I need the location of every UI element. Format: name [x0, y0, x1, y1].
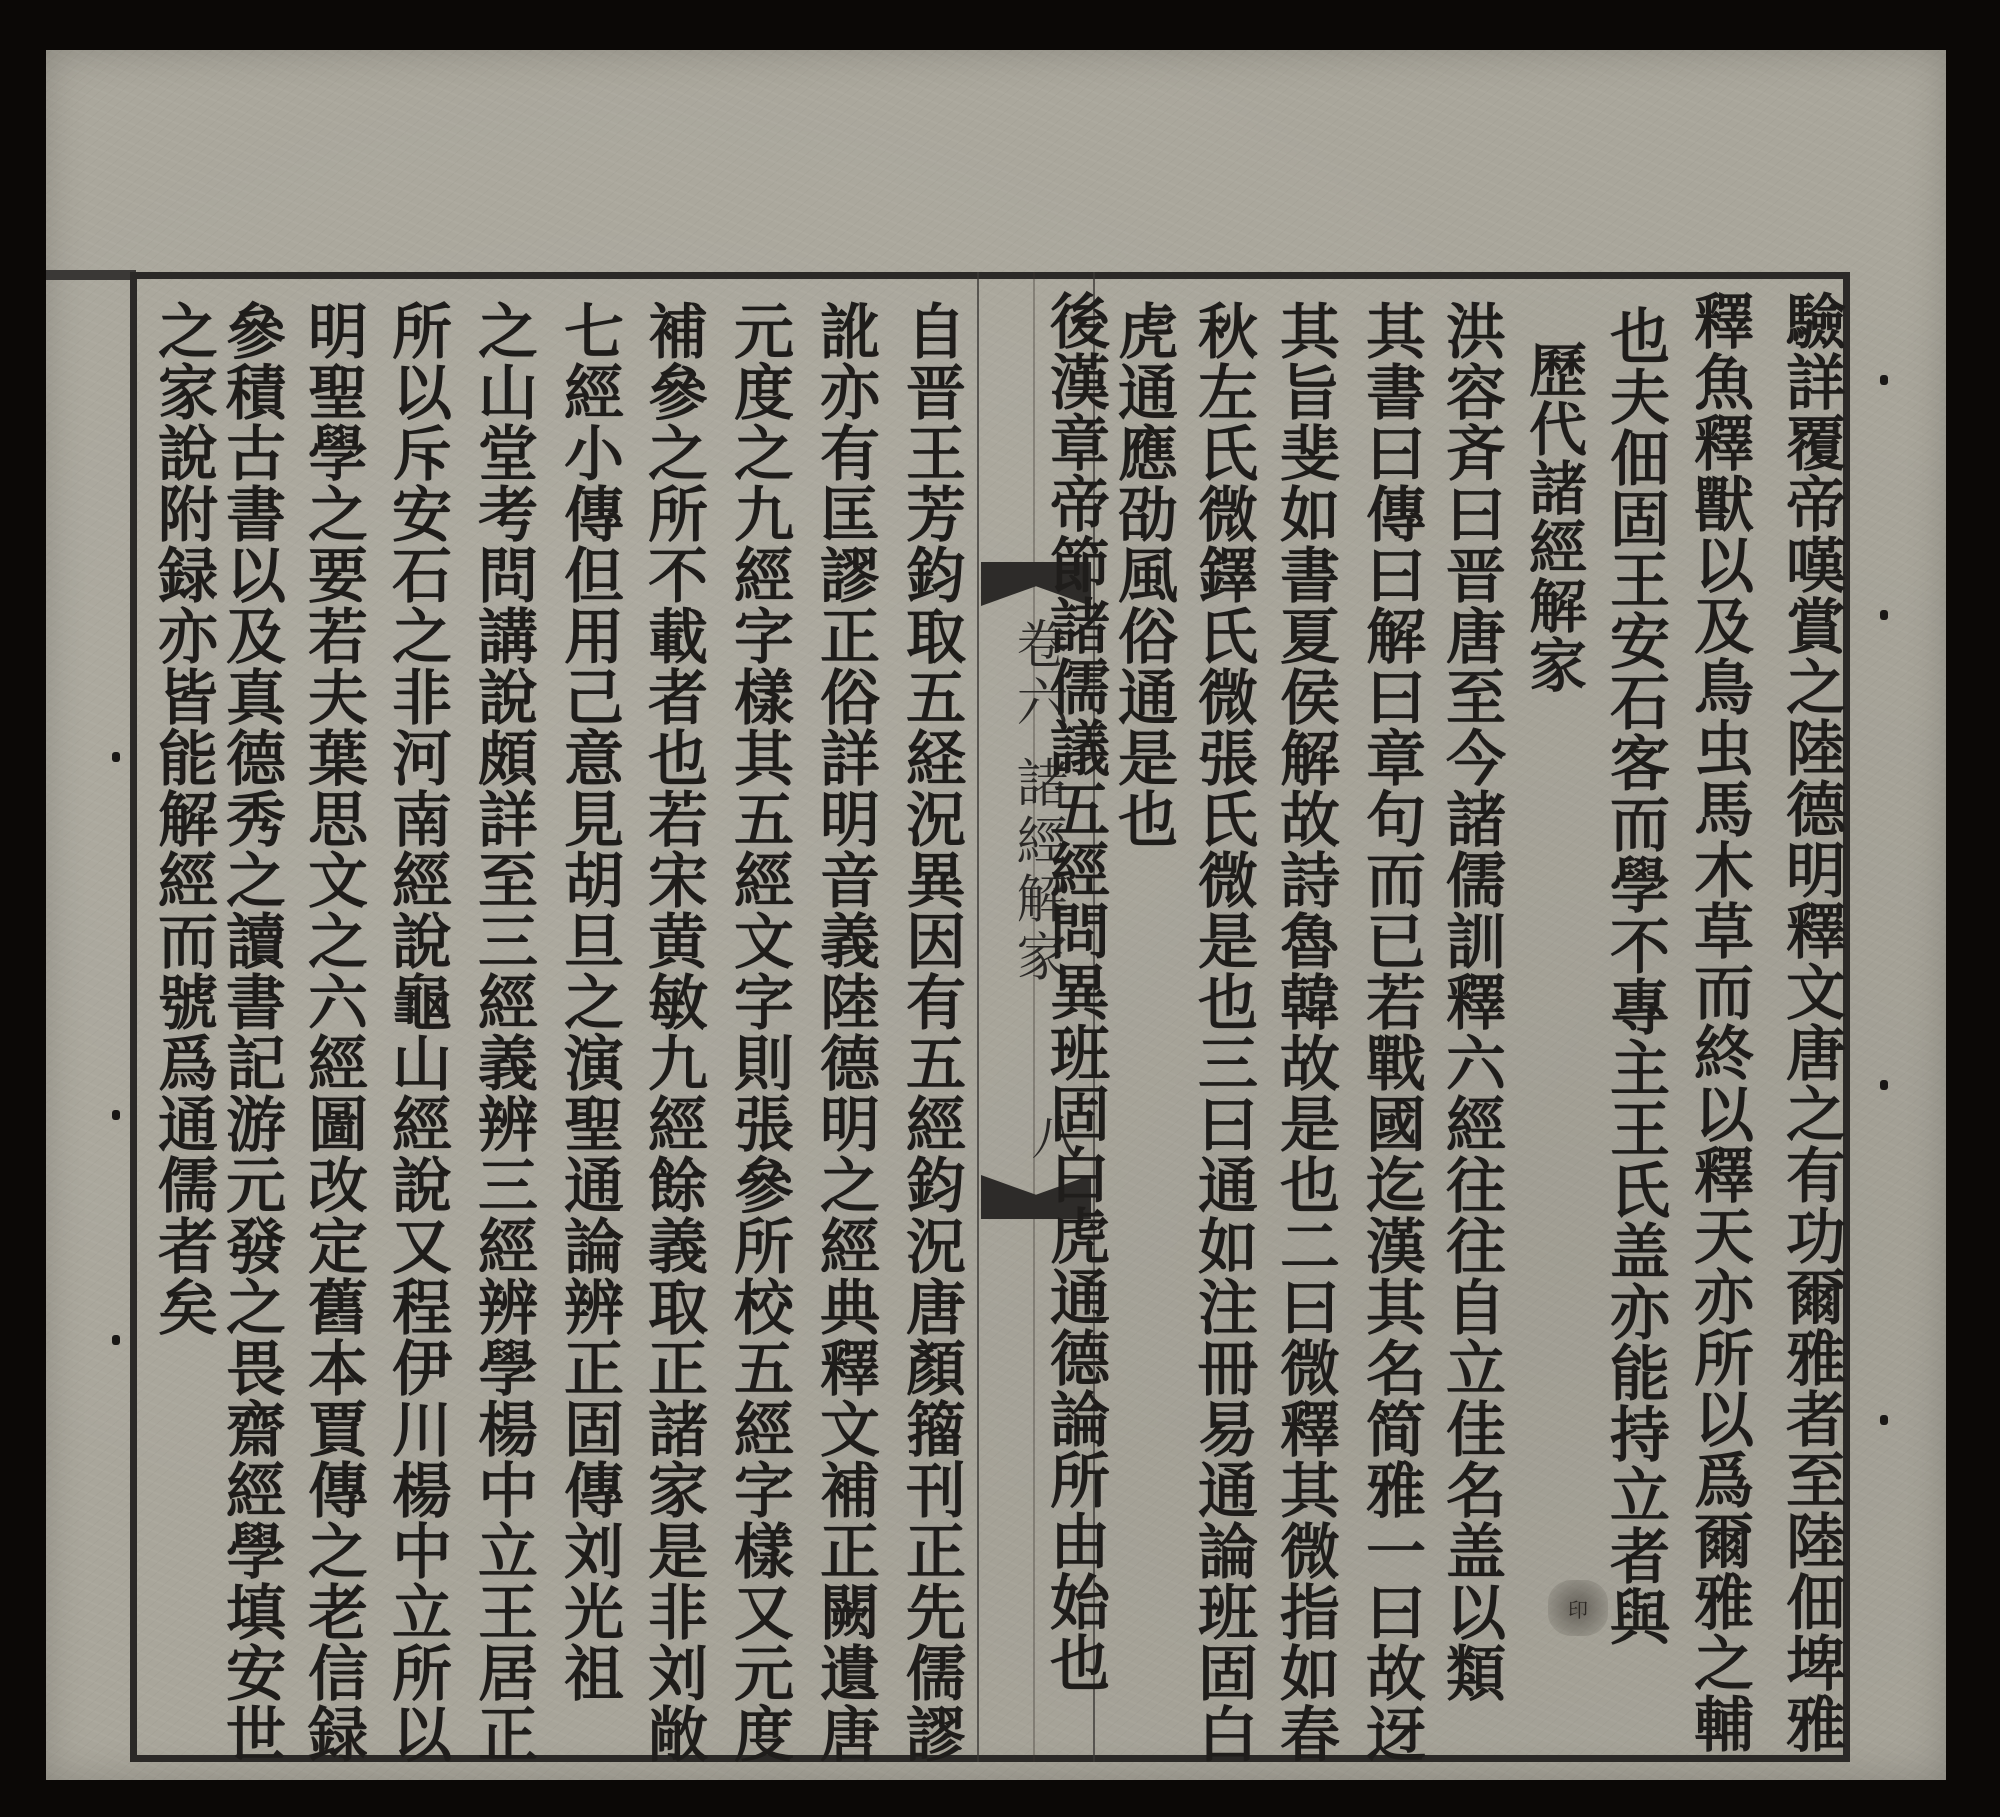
text-column: 所以斥安石之非河南經說龜山經說又程伊川楊中立所以	[384, 300, 450, 1764]
text-column: 之山堂考問講說頗詳至三經義辨三經辨學楊中立王居正	[470, 300, 536, 1764]
text-column: 明聖學之要若夫葉思文之六經圖改定舊本賈傳之老信録	[300, 300, 366, 1764]
binding-hole	[1880, 375, 1888, 385]
binding-hole	[1880, 1415, 1888, 1425]
fold-rule-left	[977, 272, 979, 1762]
text-column: 其旨斐如書夏侯解故詩魯韓故是也二曰微釋其微指如春	[1272, 300, 1338, 1764]
frame-extension	[46, 270, 136, 280]
seal-stamp: 印	[1548, 1580, 1608, 1636]
text-column: 洪容斉曰晋唐至今諸儒訓釋六經往往自立佳名盖以類	[1438, 300, 1504, 1703]
text-column: 訛亦有匡謬正俗詳明音義陸德明之經典釋文補正闕遺唐	[812, 300, 878, 1764]
fold-crease	[1033, 272, 1035, 1762]
text-column: 驗詳覆帝嘆賞之陸德明釋文唐之有功爾雅者至陸佃埤雅	[1778, 290, 1844, 1754]
text-column: 補參之所不載者也若宋黄敏九經餘義取正諸家是非刘敞	[640, 300, 706, 1764]
text-column: 虎通應劭風俗通是也	[1110, 300, 1176, 849]
text-column: 自晋王芳鈞取五経況異因有五經鈞況唐顏籀刊正先儒謬	[898, 300, 964, 1764]
binding-hole	[112, 1110, 120, 1120]
text-column: 之家說附録亦皆能解經而號爲通儒者矣	[150, 300, 216, 1337]
binding-hole	[1880, 610, 1888, 620]
text-column: 七經小傳但用己意見胡旦之演聖通論辨正固傳刘光祖	[556, 300, 622, 1703]
text-column: 參積古書以及真德秀之讀書記游元發之畏齋經學填安世	[218, 300, 284, 1764]
text-column: 其書曰傳曰解曰章句而已若戰國迄漢其名简雅一曰故迓	[1358, 300, 1424, 1764]
text-column: 釋魚釋獸以及鳥虫馬木草而終以釋天亦所以爲爾雅之輔	[1686, 290, 1752, 1754]
binding-hole	[1880, 1080, 1888, 1090]
text-column: 元度之九經字樣其五經文字則張參所校五經字樣又元度	[726, 300, 792, 1764]
seal-text: 印	[1568, 1594, 1588, 1623]
text-column: 也夫佃固王安石客而學不專主王氏盖亦能持立者與	[1602, 305, 1668, 1647]
text-column: 秋左氏微鐸氏微張氏微是也三曰通如注冊易通論班固白	[1190, 300, 1256, 1764]
binding-hole	[112, 1335, 120, 1345]
section-heading: 歷代諸經解家	[1520, 340, 1586, 694]
binding-hole	[112, 752, 120, 762]
text-column: 後漢章帝節諸儒議五經問異班固白虎通德論所由始也	[1042, 290, 1108, 1693]
